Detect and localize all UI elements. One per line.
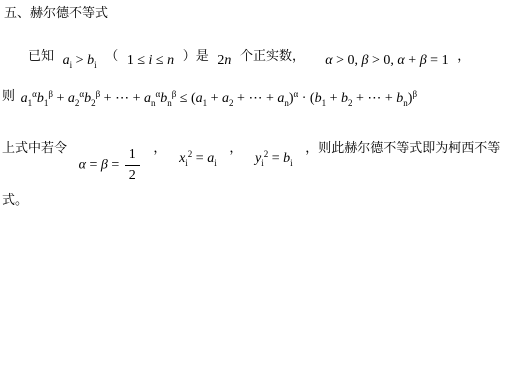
trailing-comma: ， xyxy=(457,48,470,64)
known-lead-text: 已知 xyxy=(28,48,54,64)
paragraph-known: 已知 ai > bi （ 1 ≤ i ≤ n ）是 2n 个正实数， α > 0… xyxy=(28,48,470,66)
formula-xi-squared: xi2 = ai xyxy=(179,150,217,168)
substitution-lead-text: 上式中若令 xyxy=(2,140,67,156)
open-paren: （ xyxy=(105,48,118,64)
paragraph-inequality: 则 a1αb1β + a2αb2β + ⋯ + anαbnβ ≤ (a1 + a… xyxy=(2,88,422,106)
unit-text: 个正实数， xyxy=(240,48,305,64)
paragraph-wrap-end: 式。 xyxy=(2,192,28,208)
formula-two-n: 2n xyxy=(217,52,231,70)
formula-holder-inequality: a1αb1β + a2αb2β + ⋯ + anαbnβ ≤ (a1 + a2 … xyxy=(21,90,417,108)
section-title: 五、赫尔德不等式 xyxy=(4,5,108,21)
close-paren-is-text: ）是 xyxy=(183,48,209,64)
formula-alpha-beta-conditions: α > 0, β > 0, α + β = 1 xyxy=(325,52,448,70)
substitution-tail-text: ，则此赫尔德不等式即为柯西不等 xyxy=(305,140,500,156)
formula-ai-gt-bi: ai > bi xyxy=(63,52,97,70)
comma-2: ， xyxy=(229,140,242,156)
comma-1: ， xyxy=(153,140,166,156)
formula-index-range: 1 ≤ i ≤ n xyxy=(127,52,174,70)
then-lead-text: 则 xyxy=(2,88,15,104)
formula-yi-squared: yi2 = bi xyxy=(255,150,293,168)
document-page: 五、赫尔德不等式 已知 ai > bi （ 1 ≤ i ≤ n ）是 2n 个正… xyxy=(0,0,512,384)
paragraph-substitution: 上式中若令 α = β = 12 ， xi2 = ai ， yi2 = bi ，… xyxy=(2,140,500,179)
formula-alpha-beta-half: α = β = 12 xyxy=(79,146,142,185)
